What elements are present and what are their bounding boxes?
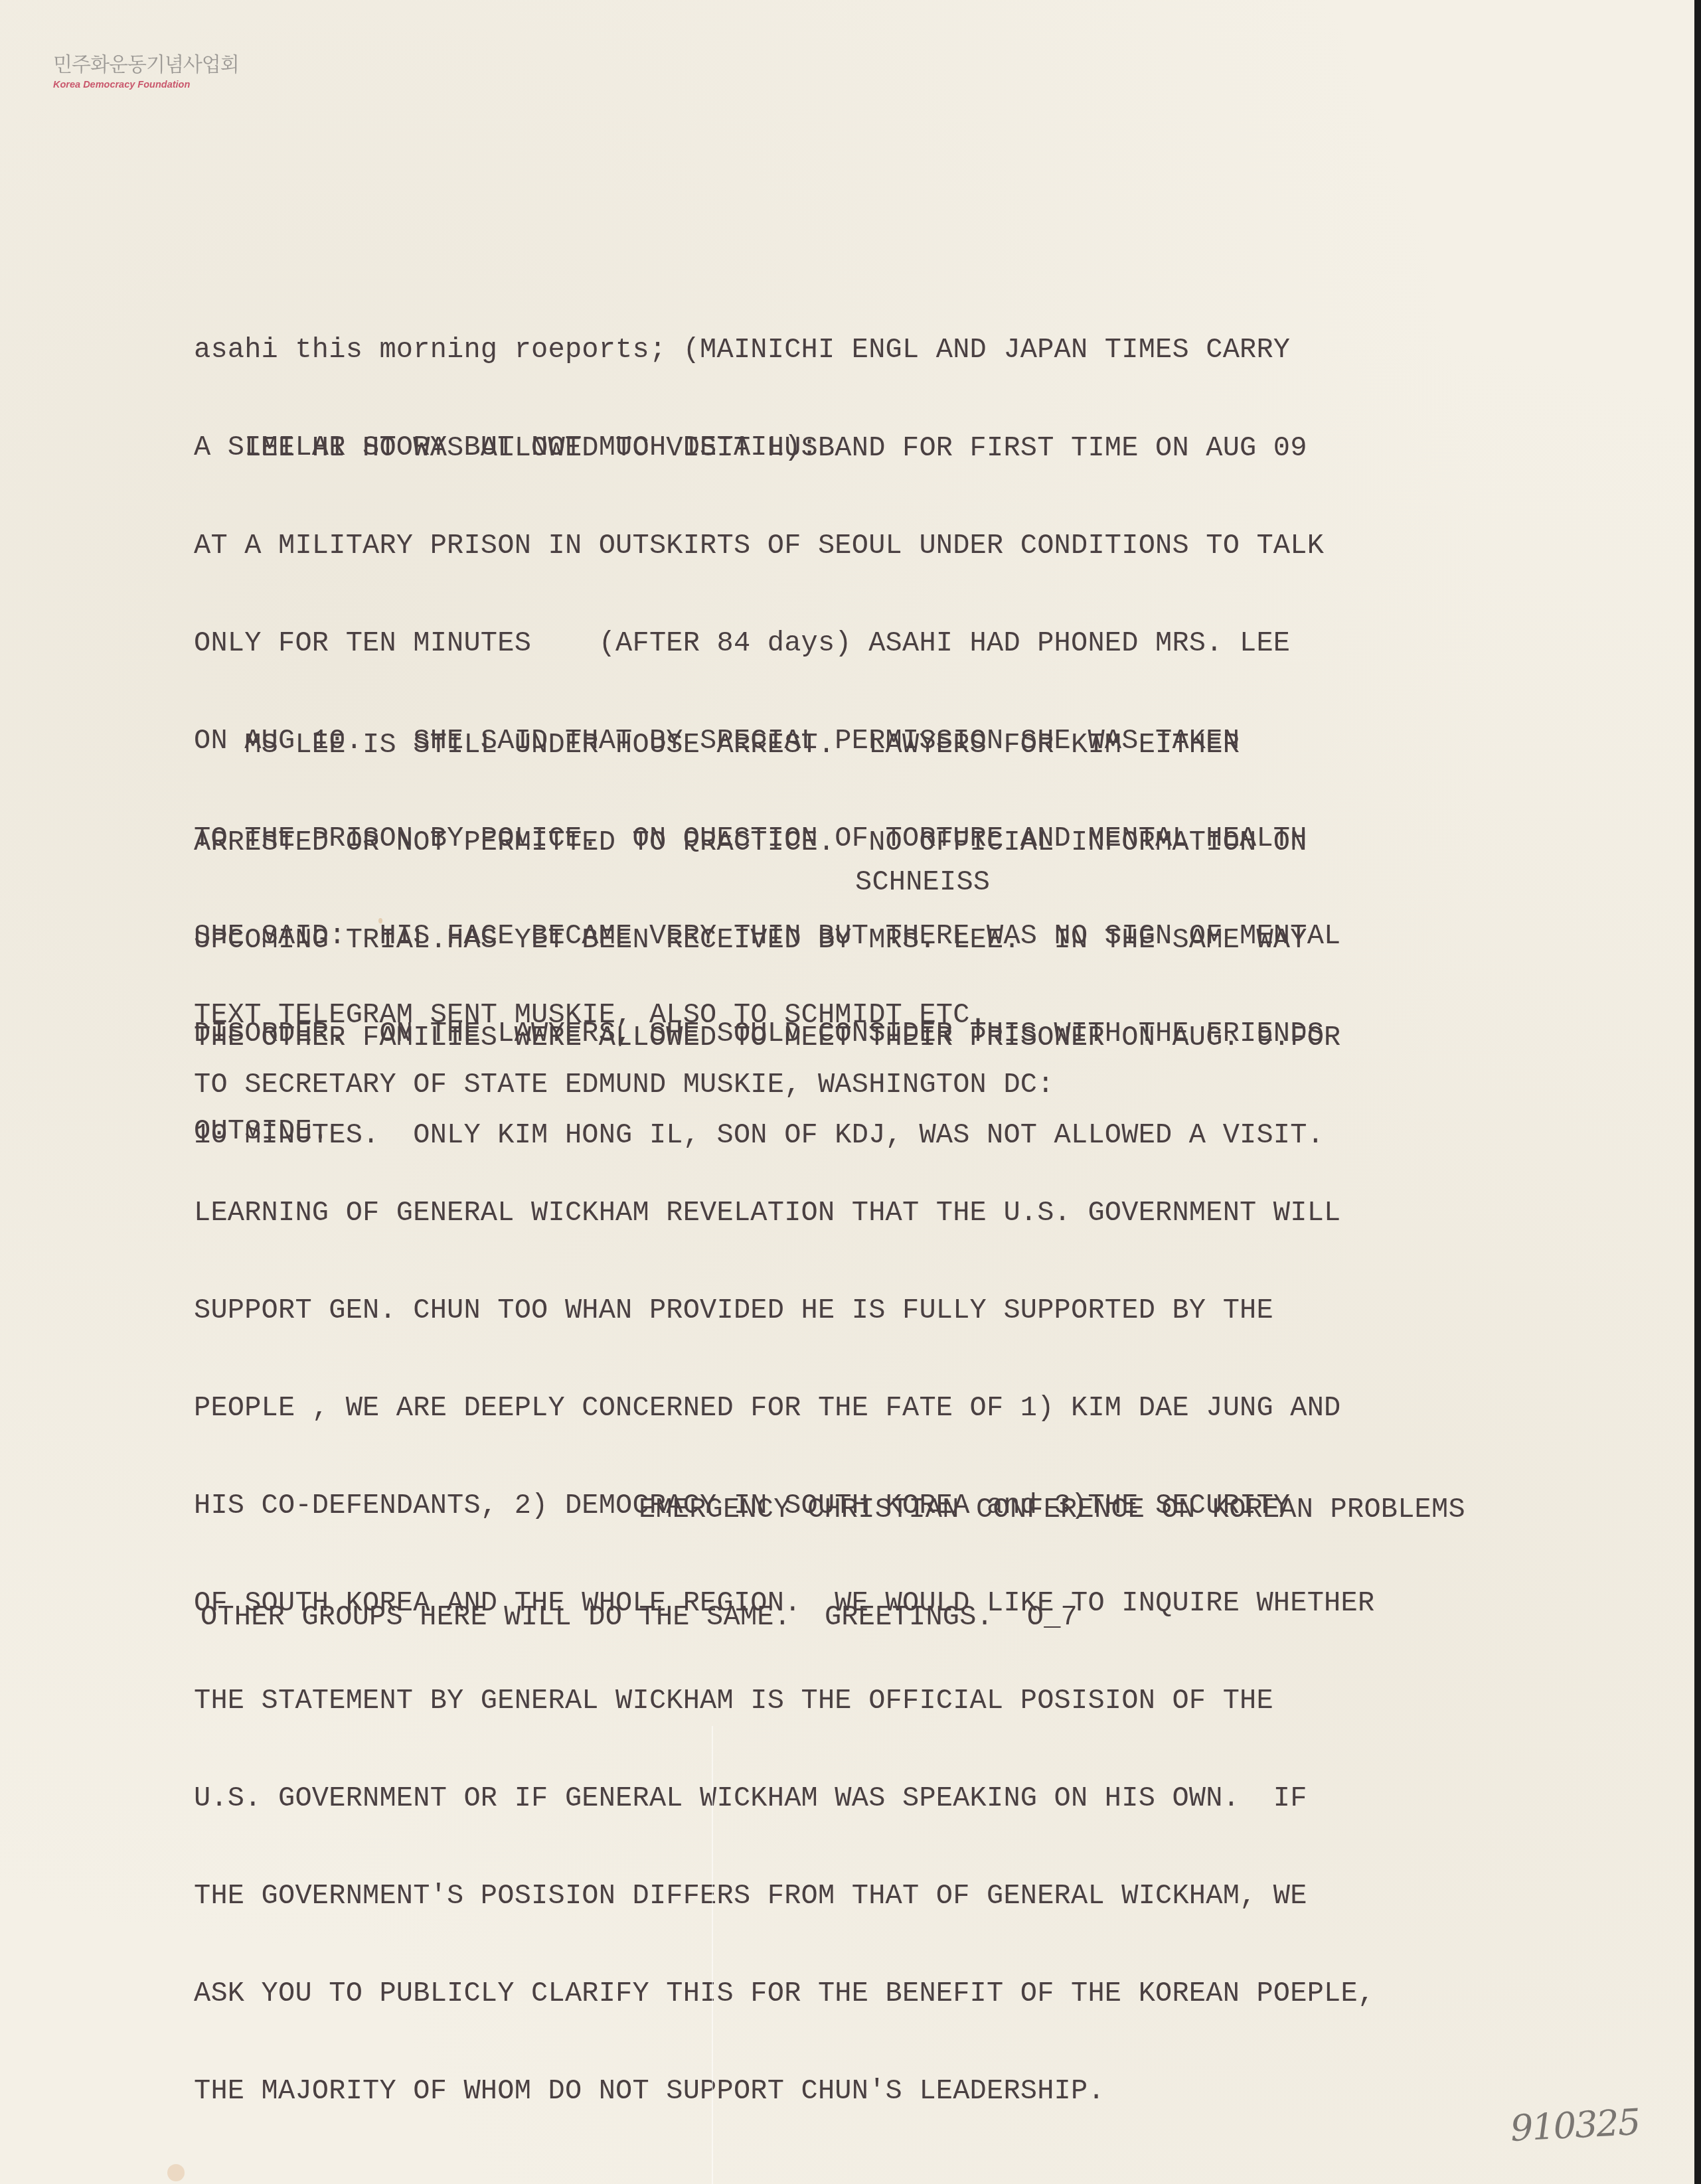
telegram-heading: TEXT TELEGRAM SENT MUSKIE, ALSO TO SCHMI… (194, 999, 987, 1032)
report-signature: SCHNEISS (855, 866, 990, 899)
paragraph-line: MS LEE IS STILL UNDER HOUSE ARREST. LAWY… (194, 729, 1340, 761)
telegram-line: ASK YOU TO PUBLICLY CLARIFY THIS FOR THE… (194, 1978, 1374, 2010)
intro-line: asahi this morning roeports; (MAINICHI E… (194, 334, 1290, 366)
telegram-closing: OTHER GROUPS HERE WILL DO THE SAME. GREE… (201, 1601, 1078, 1634)
logo-korean-text: 민주화운동기념사업회 (53, 53, 239, 77)
telegram-line: THE MAJORITY OF WHOM DO NOT SUPPORT CHUN… (194, 2075, 1374, 2108)
telegram-sender: EMERGENCY CHRISTIAN CONFERENCE ON KOREAN… (639, 1494, 1465, 1526)
telegram-line: THE STATEMENT BY GENERAL WICKHAM IS THE … (194, 1685, 1374, 1717)
paragraph-line: LEE HI HO WAS ALLOWED TO VISIT HUSBAND F… (194, 432, 1340, 465)
paragraph-line: AT A MILITARY PRISON IN OUTSKIRTS OF SEO… (194, 530, 1340, 562)
paper-stain (167, 2164, 185, 2181)
telegram-line: PEOPLE , WE ARE DEEPLY CONCERNED FOR THE… (194, 1392, 1374, 1425)
paragraph-line: ARRESTED OR NOT PERMITTED TO PRACTICE. N… (194, 826, 1340, 859)
telegram-line: SUPPORT GEN. CHUN TOO WHAN PROVIDED HE I… (194, 1294, 1374, 1327)
telegram-line: LEARNING OF GENERAL WICKHAM REVELATION T… (194, 1197, 1374, 1229)
telegram-line: THE GOVERNMENT'S POSISION DIFFERS FROM T… (194, 1880, 1374, 1912)
paper-crease (712, 1726, 713, 2184)
foundation-logo: 민주화운동기념사업회 Korea Democracy Foundation (53, 53, 239, 92)
telegram-line: U.S. GOVERNMENT OR IF GENERAL WICKHAM WA… (194, 1782, 1374, 1815)
archive-number: 910325 (1509, 2101, 1640, 2149)
telegram-addressee: TO SECRETARY OF STATE EDMUND MUSKIE, WAS… (194, 1069, 1054, 1101)
paragraph-line: UPCOMING TRIAL.HAS YET BEEN RECEIVED BY … (194, 924, 1340, 957)
logo-english-text: Korea Democracy Foundation (53, 78, 239, 92)
telegram-body: LEARNING OF GENERAL WICKHAM REVELATION T… (194, 1132, 1374, 2173)
paragraph-line: ONLY FOR TEN MINUTES (AFTER 84 days) ASA… (194, 627, 1340, 660)
paper-stain (378, 918, 382, 923)
document-page: 민주화운동기념사업회 Korea Democracy Foundation as… (0, 0, 1694, 2184)
